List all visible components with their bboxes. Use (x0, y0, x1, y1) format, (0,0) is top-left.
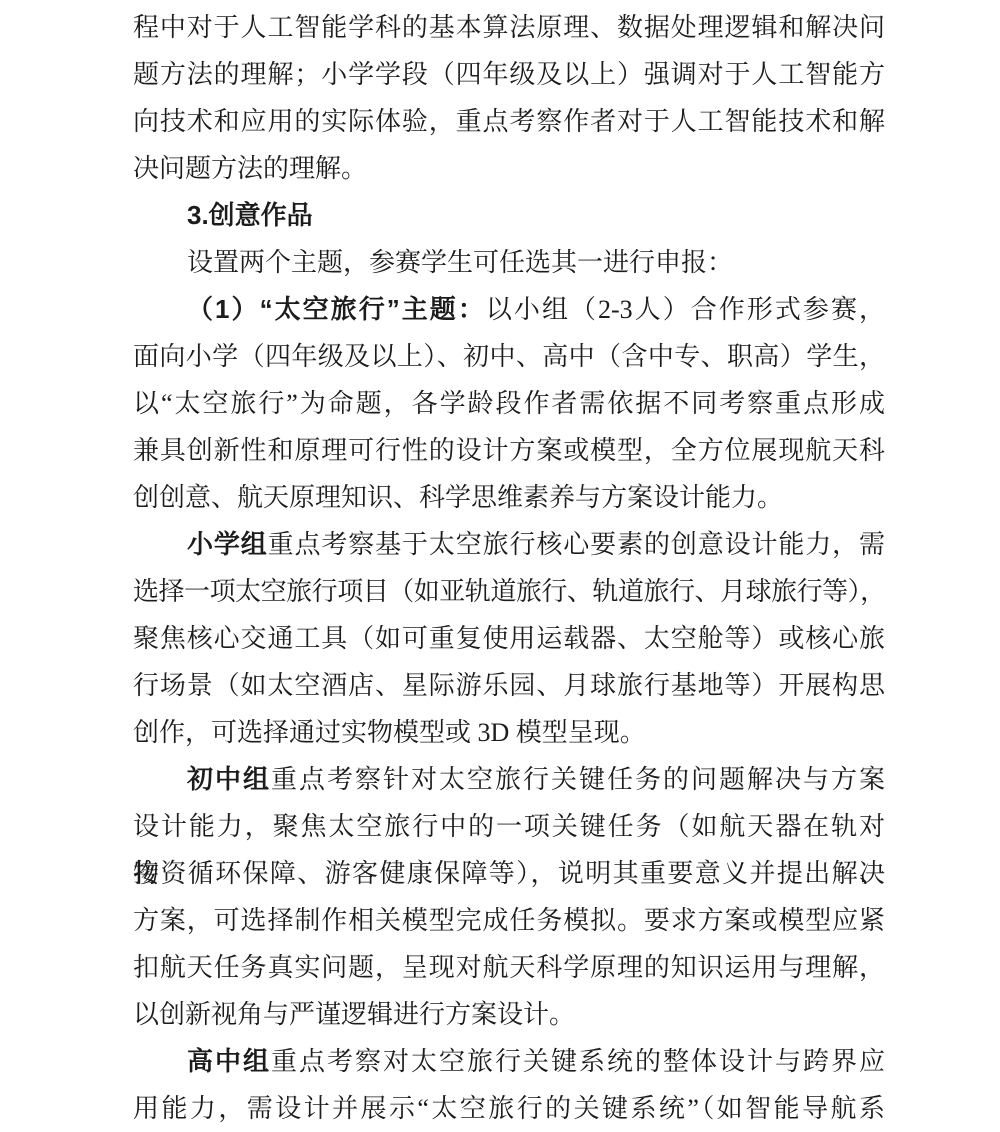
text-segment: 决问题方法的理解。 (133, 154, 367, 183)
text-segment: 重点考察针对太空旅行关键任务的问题解决与方案 (271, 765, 885, 794)
text-line: 聚焦核心交通工具（如可重复使用运载器、太空舱等）或核心旅 (133, 615, 885, 662)
text-segment: 题方法的理解；小学学段（四年级及以上）强调对于人工智能方 (133, 60, 885, 89)
text-line: 创作，可选择通过实物模型或 3D 模型呈现。 (133, 709, 885, 756)
text-segment: 创作，可选择通过实物模型或 3D 模型呈现。 (133, 718, 646, 747)
text-segment: 重点考察基于太空旅行核心要素的创意设计能力，需 (268, 530, 885, 559)
text-line: （1）“太空旅行”主题：以小组（2-3人）合作形式参赛， (133, 286, 885, 333)
text-line: 初中组重点考察针对太空旅行关键任务的问题解决与方案 (133, 756, 885, 803)
bold-text-segment: 小学组 (187, 529, 268, 559)
text-segment: 行场景（如太空酒店、星际游乐园、月球旅行基地等）开展构思 (133, 671, 885, 700)
text-line: 行场景（如太空酒店、星际游乐园、月球旅行基地等）开展构思 (133, 662, 885, 709)
text-segment: 创创意、航天原理知识、科学思维素养与方案设计能力。 (133, 483, 783, 512)
text-line: 小学组重点考察基于太空旅行核心要素的创意设计能力，需 (133, 521, 885, 568)
text-line: 以“太空旅行”为命题，各学龄段作者需依据不同考察重点形成 (133, 380, 885, 427)
bold-text-segment: 高中组 (187, 1046, 271, 1076)
text-segment: 以“太空旅行”为命题，各学龄段作者需依据不同考察重点形成 (133, 389, 885, 418)
text-line: 3.创意作品 (133, 192, 885, 239)
text-line: 决问题方法的理解。 (133, 145, 885, 192)
text-segment: 以小组（2-3人）合作形式参赛， (486, 295, 885, 324)
text-segment: 重点考察对太空旅行关键系统的整体设计与跨界应 (271, 1047, 885, 1076)
text-line: 物资循环保障、游客健康保障等），说明其重要意义并提出解决 (133, 850, 885, 897)
text-segment: 程中对于人工智能学科的基本算法原理、数据处理逻辑和解决问 (133, 13, 885, 42)
text-segment: 面向小学（四年级及以上）、初中、高中（含中专、职高）学生， (133, 342, 885, 371)
text-segment: 选择一项太空旅行项目（如亚轨道旅行、轨道旅行、月球旅行等）， (133, 577, 885, 606)
bold-text-segment: （1）“太空旅行”主题： (187, 294, 486, 324)
text-segment: 聚焦核心交通工具（如可重复使用运载器、太空舱等）或核心旅 (133, 624, 885, 653)
text-line: 设置两个主题，参赛学生可任选其一进行申报： (133, 239, 885, 286)
document-page: 程中对于人工智能学科的基本算法原理、数据处理逻辑和解决问题方法的理解；小学学段（… (0, 0, 1000, 1132)
text-line: 创创意、航天原理知识、科学思维素养与方案设计能力。 (133, 474, 885, 521)
text-block: 程中对于人工智能学科的基本算法原理、数据处理逻辑和解决问题方法的理解；小学学段（… (133, 4, 885, 1132)
text-line: 设计能力，聚焦太空旅行中的一项关键任务（如航天器在轨对接、 (133, 803, 885, 850)
text-line: 用能力，需设计并展示“太空旅行的关键系统”（如智能导航系 (133, 1085, 885, 1132)
text-segment: 向技术和应用的实际体验，重点考察作者对于人工智能技术和解 (133, 107, 885, 136)
text-segment: 扣航天任务真实问题，呈现对航天科学原理的知识运用与理解， (133, 953, 885, 982)
text-line: 面向小学（四年级及以上）、初中、高中（含中专、职高）学生， (133, 333, 885, 380)
text-line: 以创新视角与严谨逻辑进行方案设计。 (133, 991, 885, 1038)
text-line: 题方法的理解；小学学段（四年级及以上）强调对于人工智能方 (133, 51, 885, 98)
text-line: 高中组重点考察对太空旅行关键系统的整体设计与跨界应 (133, 1038, 885, 1085)
bold-text-segment: 初中组 (187, 764, 271, 794)
text-segment: 用能力，需设计并展示“太空旅行的关键系统”（如智能导航系 (133, 1094, 885, 1123)
text-line: 扣航天任务真实问题，呈现对航天科学原理的知识运用与理解， (133, 944, 885, 991)
text-line: 程中对于人工智能学科的基本算法原理、数据处理逻辑和解决问 (133, 4, 885, 51)
text-segment: 兼具创新性和原理可行性的设计方案或模型，全方位展现航天科 (133, 436, 885, 465)
text-segment: 以创新视角与严谨逻辑进行方案设计。 (133, 1000, 575, 1029)
text-line: 方案，可选择制作相关模型完成任务模拟。要求方案或模型应紧 (133, 897, 885, 944)
text-line: 向技术和应用的实际体验，重点考察作者对于人工智能技术和解 (133, 98, 885, 145)
bold-text-segment: 3.创意作品 (187, 200, 313, 230)
text-line: 兼具创新性和原理可行性的设计方案或模型，全方位展现航天科 (133, 427, 885, 474)
text-segment: 物资循环保障、游客健康保障等），说明其重要意义并提出解决 (133, 859, 885, 888)
text-segment: 设置两个主题，参赛学生可任选其一进行申报： (187, 248, 733, 277)
text-line: 选择一项太空旅行项目（如亚轨道旅行、轨道旅行、月球旅行等）， (133, 568, 885, 615)
text-segment: 方案，可选择制作相关模型完成任务模拟。要求方案或模型应紧 (133, 906, 885, 935)
